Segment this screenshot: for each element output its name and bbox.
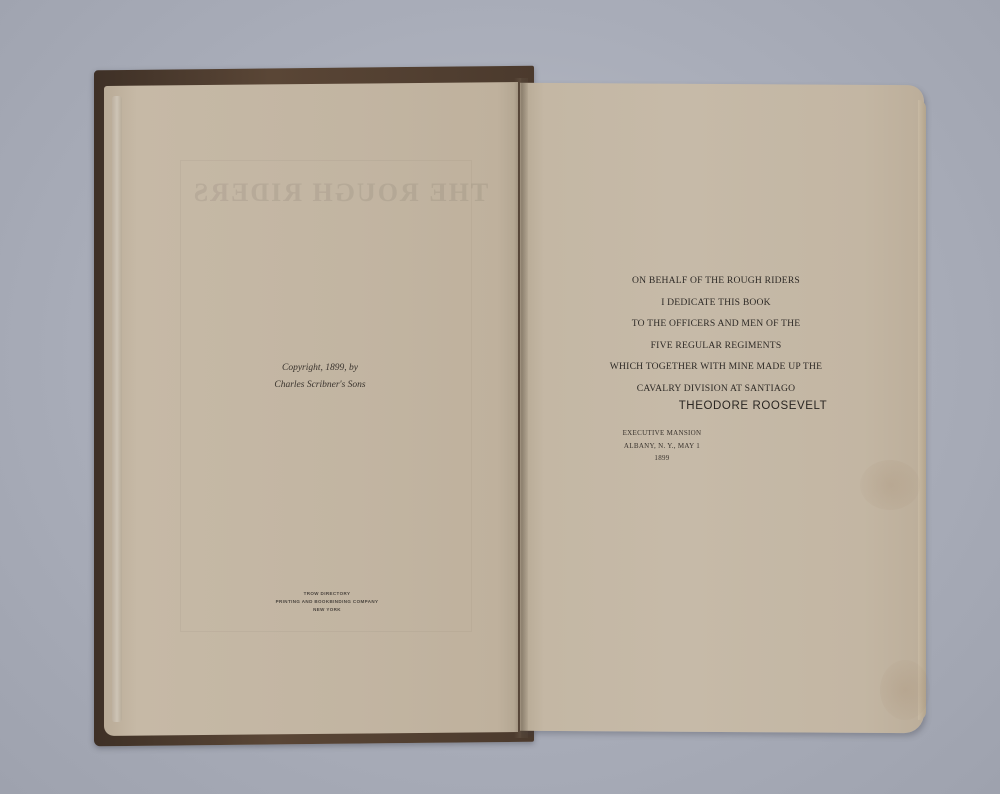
author-signature: THEODORE ROOSEVELT: [668, 400, 838, 412]
book-gutter: [514, 78, 528, 738]
location-line: 1899: [612, 452, 712, 465]
printer-line: NEW YORK: [262, 606, 392, 614]
copyright-line: Copyright, 1899, by: [240, 360, 400, 377]
dedication-line: CAVALRY DIVISION AT SANTIAGO: [596, 378, 836, 400]
dedication-line: ON BEHALF OF THE ROUGH RIDERS: [596, 270, 836, 292]
printer-line: TROW DIRECTORY: [262, 590, 392, 598]
photo-scene: THE ROUGH RIDERS Copyright, 1899, by Cha…: [0, 0, 1000, 794]
dedication-line: FIVE REGULAR REGIMENTS: [596, 335, 836, 357]
dedication-line: WHICH TOGETHER WITH MINE MADE UP THE: [596, 356, 836, 378]
show-through-title: THE ROUGH RIDERS: [190, 178, 490, 208]
copyright-line: Charles Scribner's Sons: [240, 377, 400, 394]
foxing-stain: [860, 460, 920, 510]
page-block-edge: [918, 100, 926, 720]
foxing-stain: [880, 660, 930, 720]
copyright-notice: Copyright, 1899, by Charles Scribner's S…: [240, 360, 400, 394]
printer-imprint: TROW DIRECTORY PRINTING AND BOOKBINDING …: [262, 590, 392, 614]
dedication-line: TO THE OFFICERS AND MEN OF THE: [596, 313, 836, 335]
printer-line: PRINTING AND BOOKBINDING COMPANY: [262, 598, 392, 606]
dedication-line: I DEDICATE THIS BOOK: [596, 292, 836, 314]
dedication-location: EXECUTIVE MANSION ALBANY, N. Y., MAY 1 1…: [612, 427, 712, 465]
show-through-frame: [180, 160, 472, 632]
location-line: EXECUTIVE MANSION: [612, 427, 712, 440]
left-hinge-strip: [112, 96, 122, 722]
location-line: ALBANY, N. Y., MAY 1: [612, 440, 712, 453]
dedication-text: ON BEHALF OF THE ROUGH RIDERS I DEDICATE…: [596, 270, 836, 399]
